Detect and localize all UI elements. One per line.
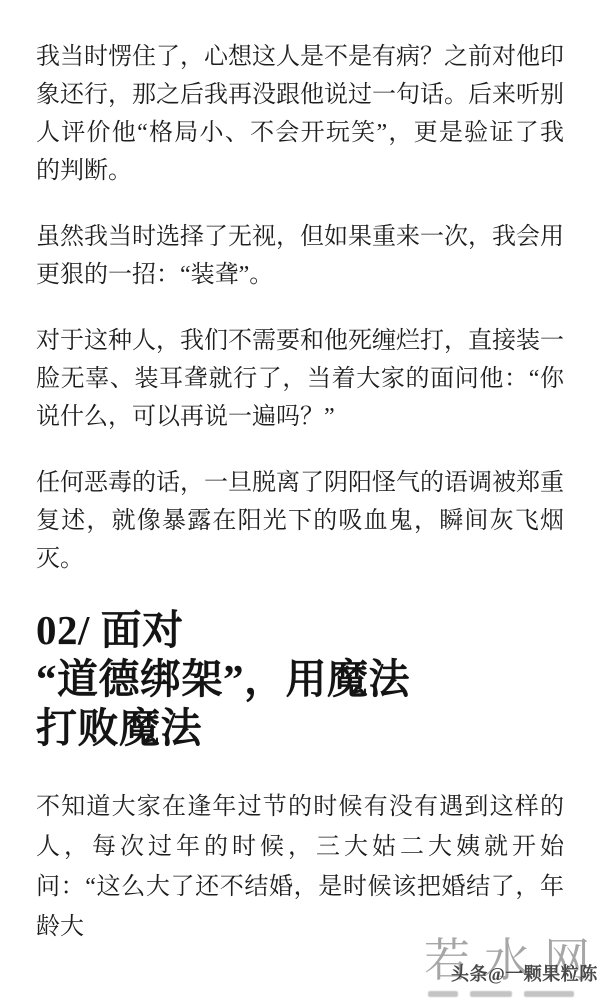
text-line: 虽然我当时选择了无视，但如果重来一次，我会用 <box>36 218 564 256</box>
watermark-smudge <box>470 991 512 997</box>
text-line: 说什么，可以再说一遍吗？” <box>36 398 564 436</box>
text-line: 我当时愣住了，心想这人是不是有病？之前对他印 <box>36 38 564 76</box>
text-line: 任何恶毒的话，一旦脱离了阴阳怪气的语调被郑重 <box>36 464 564 502</box>
paragraph-5: 不知道大家在逢年过节的时候有没有遇到这样的 人，每次过年的时候，三大姑二大姨就开… <box>36 787 564 947</box>
section-heading: 02/ 面对 “道德绑架”，用魔法 打败魔法 <box>36 606 564 753</box>
watermark-smudge <box>428 991 458 997</box>
text-line: 问：“这么大了还不结婚，是时候该把婚结了，年 <box>36 867 564 907</box>
text-line: 更狠的一招：“装聋”。 <box>36 256 564 294</box>
text-line: 脸无辜、装耳聋就行了，当着大家的面问他：“你 <box>36 360 564 398</box>
text-line: 不知道大家在逢年过节的时候有没有遇到这样的 <box>36 787 564 827</box>
text-line: 的判断。 <box>36 152 564 190</box>
text-line: 对于这种人，我们不需要和他死缠烂打，直接装一 <box>36 322 564 360</box>
paragraph-3: 对于这种人，我们不需要和他死缠烂打，直接装一 脸无辜、装耳聋就行了，当着大家的面… <box>36 322 564 436</box>
article-body: 我当时愣住了，心想这人是不是有病？之前对他印 象还行，那之后我再没跟他说过一句话… <box>0 0 600 947</box>
text-line: 人，每次过年的时候，三大姑二大姨就开始 <box>36 827 564 867</box>
watermark-author-handle: 头条@一颗果粒陈 <box>451 963 598 985</box>
article-page: 我当时愣住了，心想这人是不是有病？之前对他印 象还行，那之后我再没跟他说过一句话… <box>0 0 600 1000</box>
heading-line: “道德绑架”，用魔法 <box>36 655 564 704</box>
paragraph-4: 任何恶毒的话，一旦脱离了阴阳怪气的语调被郑重 复述，就像暴露在阳光下的吸血鬼，瞬… <box>36 464 564 578</box>
paragraph-1: 我当时愣住了，心想这人是不是有病？之前对他印 象还行，那之后我再没跟他说过一句话… <box>36 38 564 190</box>
paragraph-2: 虽然我当时选择了无视，但如果重来一次，我会用 更狠的一招：“装聋”。 <box>36 218 564 294</box>
watermark-smudge <box>524 991 574 997</box>
text-line: 复述，就像暴露在阳光下的吸血鬼，瞬间灰飞烟 <box>36 502 564 540</box>
heading-line: 02/ 面对 <box>36 606 564 655</box>
text-line: 灭。 <box>36 540 564 578</box>
heading-line: 打败魔法 <box>36 704 564 753</box>
text-line: 人评价他“格局小、不会开玩笑”，更是验证了我 <box>36 114 564 152</box>
text-line: 象还行，那之后我再没跟他说过一句话。后来听别 <box>36 76 564 114</box>
